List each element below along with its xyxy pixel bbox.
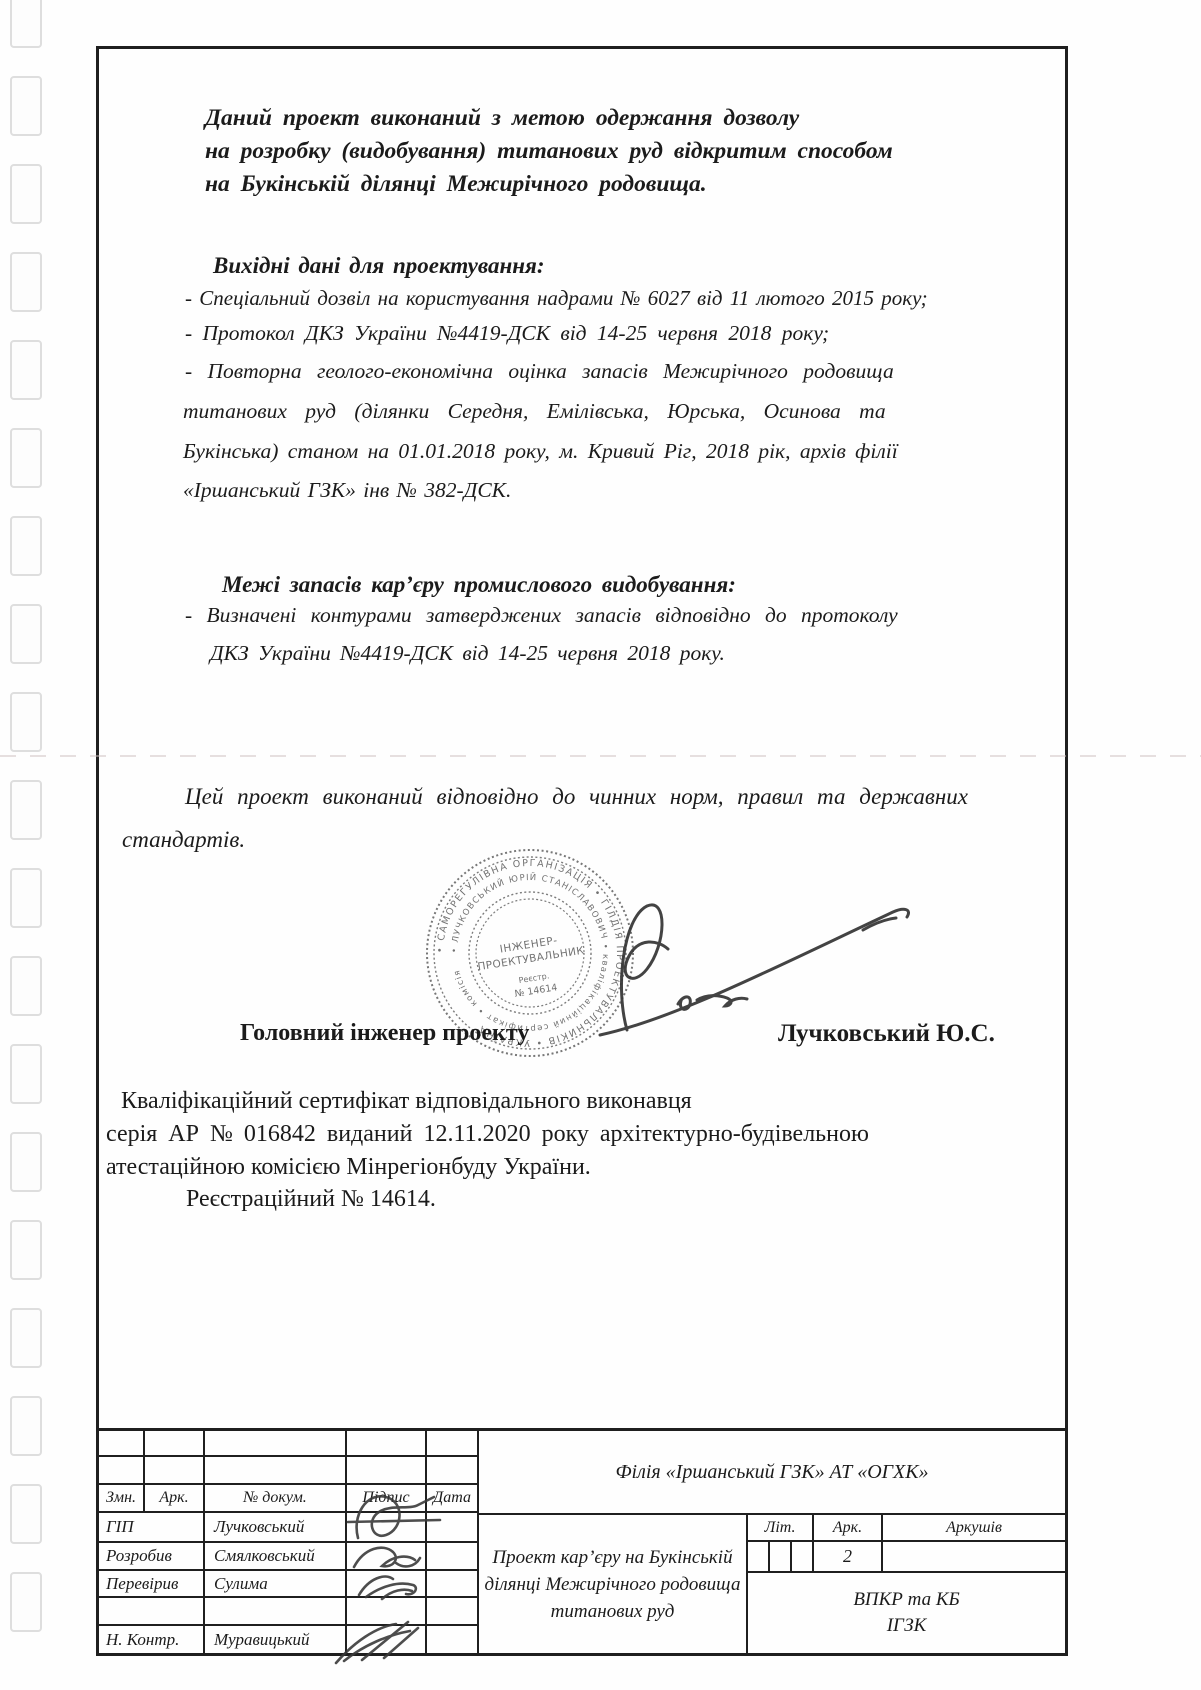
sheets-label: Аркушів	[883, 1515, 1065, 1540]
intro-line-1: Даний проект виконаний з метою одержання…	[205, 106, 799, 132]
signature-name: Лучковський Ю.С.	[778, 1020, 995, 1048]
certificate-line-3: атестаційною комісією Мінрегіонбуду Укра…	[106, 1154, 591, 1180]
punch-hole	[10, 956, 42, 1016]
punch-hole	[10, 252, 42, 312]
project-title-line-2: ділянці Межирічного родовища	[484, 1571, 740, 1598]
intro-line-3: на Букінській ділянці Межирічного родови…	[205, 172, 707, 198]
table-row: Розробив Смялковський	[99, 1543, 477, 1571]
lit-header-row: Літ. Арк. Аркушів	[748, 1515, 1065, 1542]
punch-hole	[10, 0, 42, 48]
revision-empty-row	[99, 1457, 477, 1485]
table-row: Н. Контр. Муравицький	[99, 1626, 477, 1653]
intro-line-2: на розробку (видобування) титанових руд …	[205, 139, 893, 165]
name-gip: Лучковський	[205, 1513, 347, 1541]
source-line-1: - Спеціальний дозвіл на користування над…	[185, 287, 928, 310]
punch-hole	[10, 1044, 42, 1104]
col-header-data: Дата	[427, 1485, 477, 1511]
project-title-line-1: Проект кар’єру на Букінській	[492, 1544, 732, 1571]
punch-hole	[10, 604, 42, 664]
punch-hole	[10, 428, 42, 488]
punch-hole	[10, 340, 42, 400]
punch-hole	[10, 1308, 42, 1368]
title-block-revision-table: Змн. Арк. № докум. Підпис Дата ГІП Лучко…	[99, 1431, 479, 1653]
sheet-label: Арк.	[814, 1515, 883, 1540]
punch-hole	[10, 868, 42, 928]
source-line-3: - Повторна геолого-економічна оцінка зап…	[185, 360, 894, 384]
organization-name: Філія «Іршанський ГЗК» АТ «ОГХК»	[479, 1431, 1065, 1515]
role-gip: ГІП	[99, 1513, 205, 1541]
certificate-line-2: серія АР № 016842 виданий 12.11.2020 рок…	[106, 1121, 869, 1147]
punch-hole	[10, 1220, 42, 1280]
revision-empty-row	[99, 1431, 477, 1457]
name-nkontr: Муравицький	[205, 1626, 347, 1653]
standards-line-2: стандартів.	[122, 827, 245, 852]
title-block: Змн. Арк. № докум. Підпис Дата ГІП Лучко…	[96, 1428, 1068, 1656]
punch-hole	[10, 692, 42, 752]
limits-heading: Межі запасів кар’єру промислового видобу…	[222, 572, 736, 597]
role-pereviryv: Перевірив	[99, 1571, 205, 1596]
chief-engineer-signature	[600, 905, 909, 1035]
col-header-pidpys: Підпис	[347, 1485, 427, 1511]
svg-text:• ЛУЧКОВСЬКИЙ ЮРІЙ СТАНІСЛАВОВ: • ЛУЧКОВСЬКИЙ ЮРІЙ СТАНІСЛАВОВИЧ • квалі…	[450, 871, 610, 1033]
lit-label: Літ.	[748, 1515, 814, 1540]
punch-hole	[10, 1132, 42, 1192]
punch-hole	[10, 1572, 42, 1632]
punch-hole	[10, 516, 42, 576]
signature-role-label: Головний інженер проекту	[240, 1020, 529, 1046]
table-row: ГІП Лучковський	[99, 1513, 477, 1543]
limits-line-2: ДКЗ України №4419-ДСК від 14-25 червня 2…	[210, 642, 725, 666]
name-pereviryv: Сулима	[205, 1571, 347, 1596]
role-nkontr: Н. Контр.	[99, 1626, 205, 1653]
role-empty	[99, 1598, 205, 1624]
standards-line-1: Цей проект виконаний відповідно до чинни…	[185, 784, 968, 809]
punch-hole	[10, 780, 42, 840]
source-line-2: - Протокол ДКЗ України №4419-ДСК від 14-…	[185, 322, 829, 346]
lit-data-row: 2	[748, 1542, 1065, 1573]
table-row: Перевірив Сулима	[99, 1571, 477, 1598]
name-empty	[205, 1598, 347, 1624]
scanned-document-page: Даний проект виконаний з метою одержання…	[0, 0, 1201, 1690]
punch-hole	[10, 164, 42, 224]
col-header-ark: Арк.	[145, 1485, 205, 1511]
stamp-middle-ring-text: • ЛУЧКОВСЬКИЙ ЮРІЙ СТАНІСЛАВОВИЧ • квалі…	[450, 871, 610, 1033]
table-row	[99, 1598, 477, 1626]
stamp-registry-label: Реєстр.	[518, 971, 550, 985]
limits-line-1: - Визначені контурами затверджених запас…	[185, 604, 898, 628]
sheet-number: 2	[814, 1542, 883, 1571]
certificate-line-1: Кваліфікаційний сертифікат відповідально…	[121, 1088, 692, 1114]
source-line-5: Букінська) станом на 01.01.2018 року, м.…	[183, 440, 898, 464]
source-line-4: титанових руд (ділянки Середня, Емілівсь…	[183, 400, 886, 424]
col-header-dokum: № докум.	[205, 1485, 347, 1511]
department-line-1: ВПКР та КБ	[853, 1587, 959, 1613]
source-data-heading: Вихідні дані для проектування:	[213, 253, 545, 278]
project-title: Проект кар’єру на Букінській ділянці Меж…	[479, 1515, 748, 1653]
project-title-line-3: титанових руд	[551, 1598, 675, 1625]
name-rozrobyv: Смялковський	[205, 1543, 347, 1569]
punch-hole	[10, 1396, 42, 1456]
role-rozrobyv: Розробив	[99, 1543, 205, 1569]
certificate-line-4: Реєстраційний № 14614.	[186, 1186, 436, 1212]
punch-hole	[10, 1484, 42, 1544]
department-line-2: ІГЗК	[887, 1613, 927, 1639]
revision-header-row: Змн. Арк. № докум. Підпис Дата	[99, 1485, 477, 1513]
col-header-zmn: Змн.	[99, 1485, 145, 1511]
fold-crease-line	[0, 755, 1201, 757]
punch-hole	[10, 76, 42, 136]
department-name: ВПКР та КБ ІГЗК	[748, 1573, 1065, 1653]
source-line-6: «Іршанський ГЗК» інв № 382-ДСК.	[183, 479, 511, 503]
round-certification-stamp: • САМОРЕГУЛІВНА ОРГАНІЗАЦІЯ • ГІЛДІЯ ПРО…	[395, 848, 955, 1083]
